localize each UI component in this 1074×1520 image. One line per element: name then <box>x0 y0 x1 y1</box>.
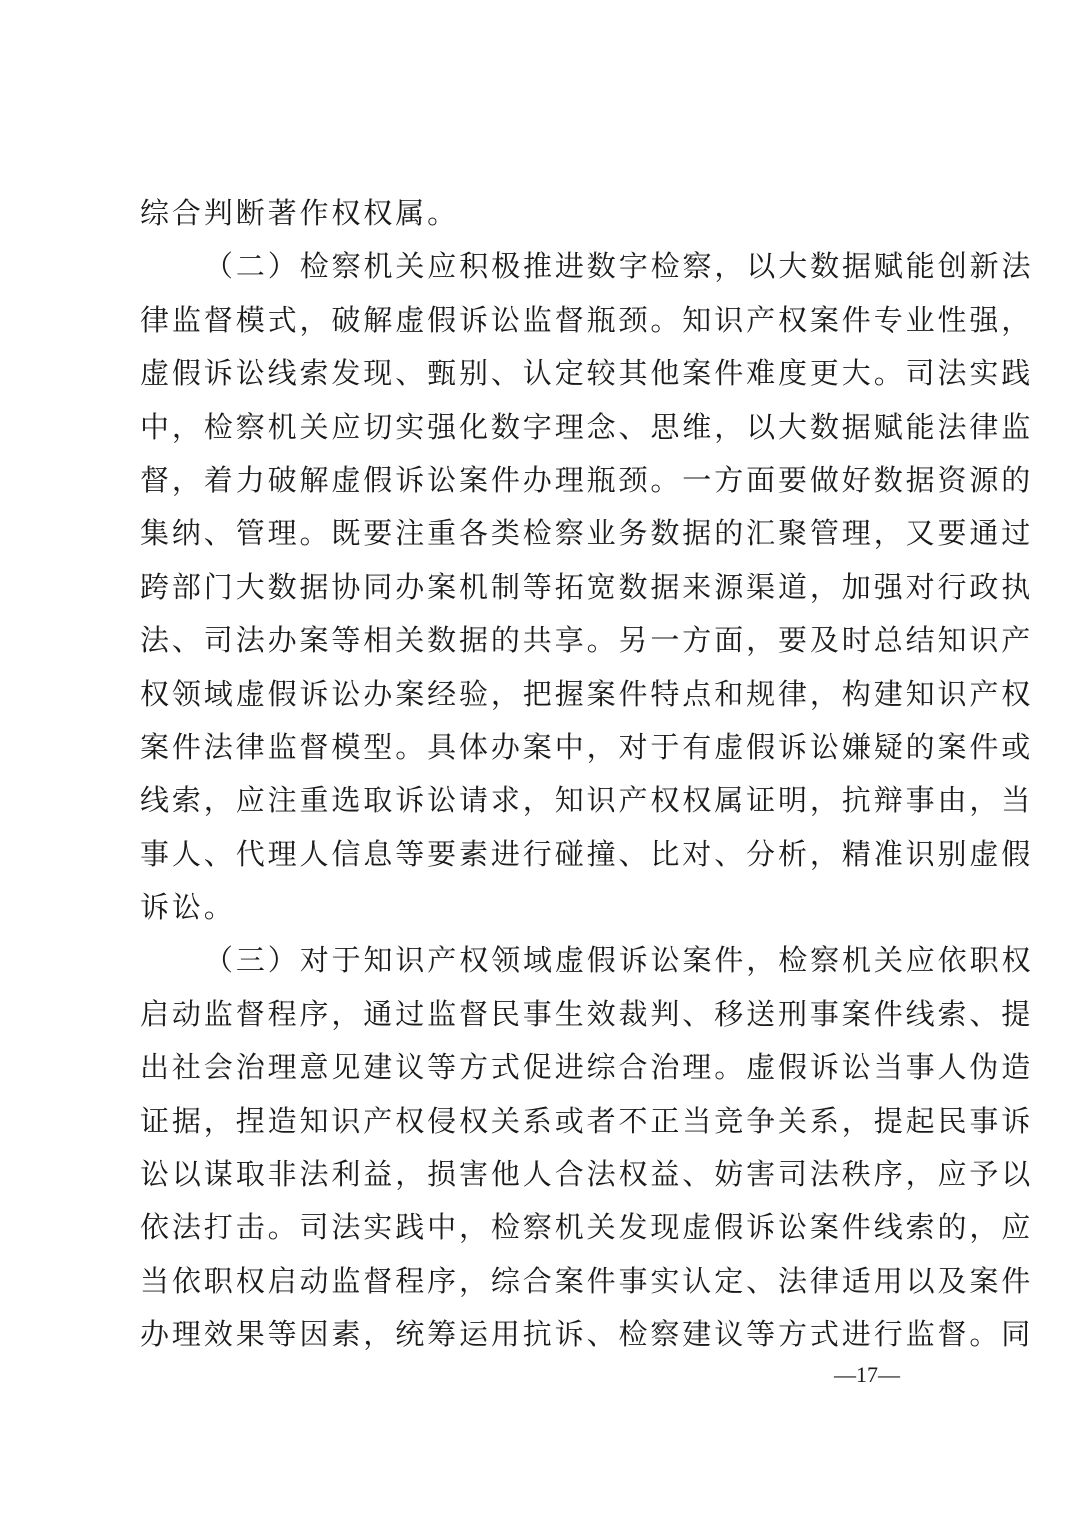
text-line: 综合判断著作权权属。 <box>140 187 940 240</box>
text-line: 律监督模式，破解虚假诉讼监督瓶颈。知识产权案件专业性强， <box>140 294 940 347</box>
text-line: 案件法律监督模型。具体办案中，对于有虚假诉讼嫌疑的案件或 <box>140 721 940 774</box>
text-line: 督，着力破解虚假诉讼案件办理瓶颈。一方面要做好数据资源的 <box>140 454 940 507</box>
document-page: 综合判断著作权权属。 （二）检察机关应积极推进数字检察，以大数据赋能创新法 律监… <box>0 0 1074 1520</box>
text-line: 讼以谋取非法利益，损害他人合法权益、妨害司法秩序，应予以 <box>140 1148 940 1201</box>
text-line: 中，检察机关应切实强化数字理念、思维，以大数据赋能法律监 <box>140 401 940 454</box>
text-line: 诉讼。 <box>140 881 940 934</box>
section-heading-line: （二）检察机关应积极推进数字检察，以大数据赋能创新法 <box>140 240 940 293</box>
text-line: 办理效果等因素，统筹运用抗诉、检察建议等方式进行监督。同 <box>140 1308 940 1361</box>
body-text: 综合判断著作权权属。 （二）检察机关应积极推进数字检察，以大数据赋能创新法 律监… <box>140 187 940 1362</box>
text-line: 出社会治理意见建议等方式促进综合治理。虚假诉讼当事人伪造 <box>140 1041 940 1094</box>
text-line: 权领域虚假诉讼办案经验，把握案件特点和规律，构建知识产权 <box>140 668 940 721</box>
text-line: 线索，应注重选取诉讼请求，知识产权权属证明，抗辩事由，当 <box>140 774 940 827</box>
page-number: —17— <box>834 1362 900 1388</box>
text-line: 集纳、管理。既要注重各类检察业务数据的汇聚管理，又要通过 <box>140 507 940 560</box>
text-line: 启动监督程序，通过监督民事生效裁判、移送刑事案件线索、提 <box>140 988 940 1041</box>
text-line: 当依职权启动监督程序，综合案件事实认定、法律适用以及案件 <box>140 1255 940 1308</box>
text-line: 证据，捏造知识产权侵权关系或者不正当竞争关系，提起民事诉 <box>140 1095 940 1148</box>
text-line: 跨部门大数据协同办案机制等拓宽数据来源渠道，加强对行政执 <box>140 561 940 614</box>
section-heading-line: （三）对于知识产权领域虚假诉讼案件，检察机关应依职权 <box>140 934 940 987</box>
text-line: 虚假诉讼线索发现、甄别、认定较其他案件难度更大。司法实践 <box>140 347 940 400</box>
text-line: 事人、代理人信息等要素进行碰撞、比对、分析，精准识别虚假 <box>140 828 940 881</box>
text-line: 依法打击。司法实践中，检察机关发现虚假诉讼案件线索的，应 <box>140 1201 940 1254</box>
text-line: 法、司法办案等相关数据的共享。另一方面，要及时总结知识产 <box>140 614 940 667</box>
